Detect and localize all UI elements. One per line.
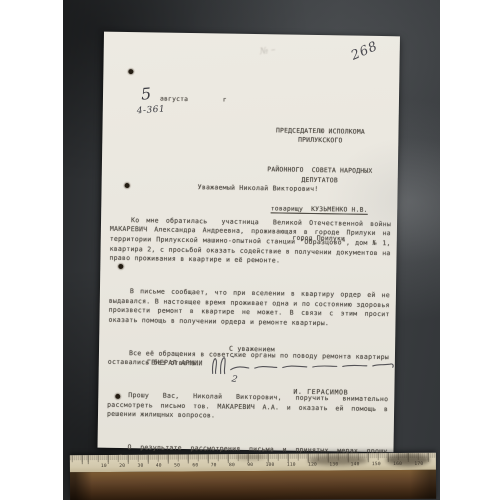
signer-name: И. ГЕРАСИМОВ	[293, 388, 348, 397]
ruler-ticks-mm	[70, 453, 436, 461]
handwritten-folio-number: 268	[349, 39, 380, 64]
recipient-line-1: ПРЕДСЕДАТЕЛЮ ИСПОЛКОМА ПРИЛУКСКОГО	[252, 126, 388, 148]
typed-date-month: августа	[160, 96, 188, 103]
ruler-wear-smudge	[308, 455, 368, 465]
scanned-letter-photo-page: № – 268 5 августа г 4-361 ПРЕДСЕДАТЕЛЮ И…	[0, 0, 500, 500]
photo-dark-background: № – 268 5 августа г 4-361 ПРЕДСЕДАТЕЛЮ И…	[63, 0, 440, 500]
punch-hole	[118, 264, 123, 269]
ruler-wood-body	[70, 470, 436, 500]
punch-hole	[125, 183, 130, 188]
recipient-line-2: РАЙОННОГО СОВЕТА НАРОДНЫХ ДЕПУТАТОВ	[252, 165, 388, 187]
handwritten-signature	[205, 351, 395, 382]
closing-respectfully: С уважением	[229, 345, 275, 354]
letter-sheet: № – 268 5 августа г 4-361 ПРЕДСЕДАТЕЛЮ И…	[97, 32, 399, 453]
paragraph-2: В письме сообщает, что при вселении в кв…	[108, 287, 390, 330]
paragraph-4: Прошу Вас, Николай Викторович, поручить …	[107, 391, 388, 425]
handwritten-registry-number: 4-361	[136, 104, 165, 116]
ruler-measuring-strip: 10 20 30 40 50 60 70 80 90 100 110 120 1…	[70, 453, 436, 473]
ruler-scale-numbers: 10 20 30 40 50 60 70 80 90 100 110 120 1…	[101, 462, 423, 469]
recipient-address-block: ПРЕДСЕДАТЕЛЮ ИСПОЛКОМА ПРИЛУКСКОГО РАЙОН…	[250, 106, 388, 265]
recipient-line-4: город Прилуки	[251, 233, 387, 245]
punch-hole	[115, 394, 120, 399]
signature-flourish-mark: 2	[231, 374, 239, 385]
ruler-ticks-5mm	[70, 453, 436, 463]
ruler-ticks-10mm	[70, 453, 436, 465]
wooden-ruler: 10 20 30 40 50 60 70 80 90 100 110 120 1…	[70, 453, 436, 500]
paragraph-5: О результате рассмотрения письма и приня…	[106, 443, 387, 467]
paragraph-1: Ко мне обратилась участница Великой Отеч…	[109, 215, 391, 268]
ruler-wear-smudge	[386, 454, 430, 466]
salutation: Уважаемый Николай Викторович!	[125, 182, 392, 196]
typed-year-suffix: г	[223, 97, 227, 104]
handwritten-date-day: 5	[140, 84, 152, 104]
recipient-line-3: товарищу КУЗЬМЕНКО Н.В.	[251, 204, 387, 216]
faint-pencil-note: № –	[259, 45, 276, 57]
signer-rank: ГЕНЕРАЛ АРМИИ	[147, 358, 203, 367]
ruler-wear-smudge	[236, 454, 266, 460]
paragraph-3: Все её обращения в советские органы по п…	[108, 348, 389, 372]
letter-body: Уважаемый Николай Викторович! Ко мне обр…	[106, 163, 392, 490]
punch-hole	[128, 69, 133, 74]
